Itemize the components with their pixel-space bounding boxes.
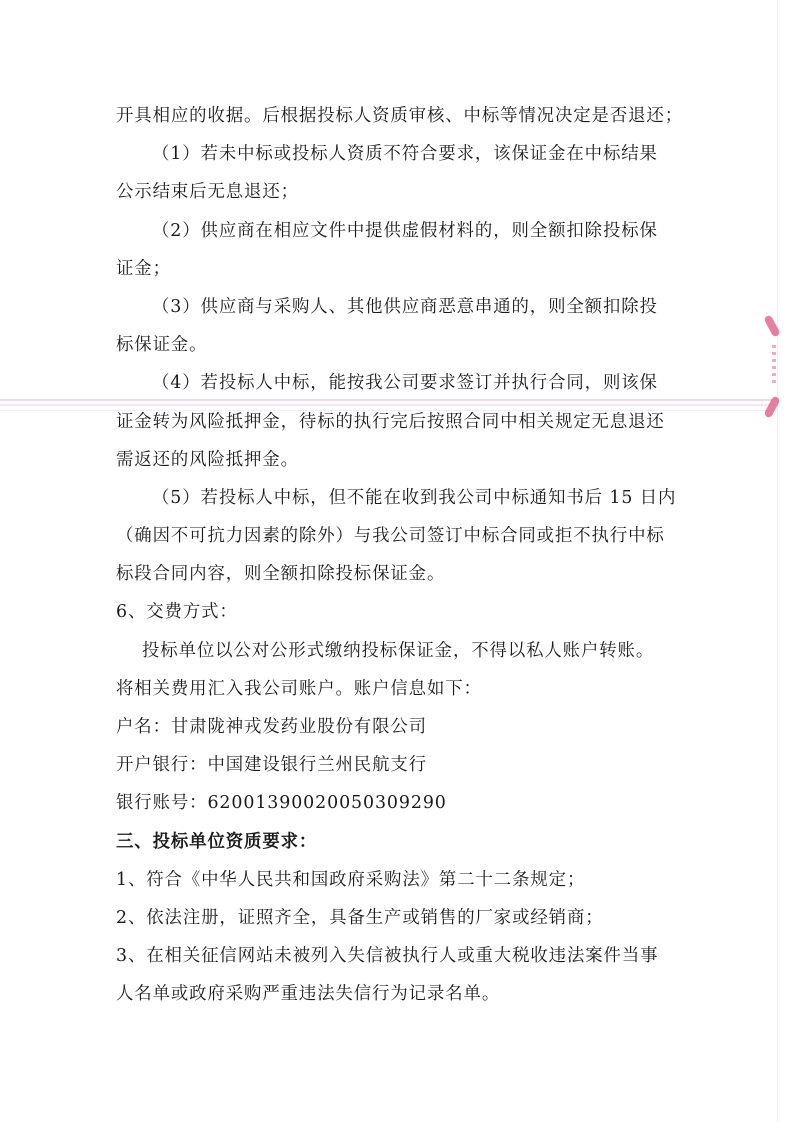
text-line: 需返还的风险抵押金。: [116, 446, 672, 484]
account-number-value: 62001390020050309290: [207, 793, 446, 813]
text-line: 人名单或政府采购严重违法失信行为记录名单。: [116, 980, 672, 1018]
paper-edge-line: [777, 0, 778, 1122]
text-line: 证金转为风险抵押金，待标的执行完后按照合同中相关规定无息退还: [116, 408, 672, 446]
account-number-label: 银行账号：: [116, 793, 207, 813]
deposit-rule-4: （4）若投标人中标，能按我公司要求签订并执行合同，则该保: [116, 369, 672, 407]
qualification-item-1: 1、符合《中华人民共和国政府采购法》第二十二条规定；: [116, 866, 672, 904]
text-line: 标保证金。: [116, 331, 672, 369]
deposit-rule-5: （5）若投标人中标，但不能在收到我公司中标通知书后 15 日内: [116, 484, 672, 522]
text-line: 公示结束后无息退还；: [116, 178, 672, 216]
qualification-item-3: 3、在相关征信网站未被列入失信被执行人或重大税收违法案件当事: [116, 942, 672, 980]
text-line: 将相关费用汇入我公司账户。账户信息如下：: [116, 675, 672, 713]
seal-stamp-fragment: [772, 345, 776, 385]
payment-instruction: 投标单位以公对公形式缴纳投标保证金，不得以私人账户转账。: [116, 637, 672, 675]
deposit-rule-3: （3）供应商与采购人、其他供应商恶意串通的，则全额扣除投: [116, 293, 672, 331]
account-name-value: 甘肃陇神戎发药业股份有限公司: [171, 717, 427, 737]
text-line: 标段合同内容，则全额扣除投标保证金。: [116, 560, 672, 598]
account-name: 户名：甘肃陇神戎发药业股份有限公司: [116, 713, 672, 751]
text-line: 开具相应的收据。后根据投标人资质审核、中标等情况决定是否退还；: [116, 102, 672, 140]
deposit-rule-1: （1）若未中标或投标人资质不符合要求，该保证金在中标结果: [116, 140, 672, 178]
account-bank-label: 开户银行：: [116, 755, 207, 775]
account-bank: 开户银行：中国建设银行兰州民航支行: [116, 751, 672, 789]
document-page: 开具相应的收据。后根据投标人资质审核、中标等情况决定是否退还； （1）若未中标或…: [0, 0, 793, 1122]
section-heading-qualifications: 三、投标单位资质要求：: [116, 828, 672, 866]
seal-stamp-fragment: [763, 314, 780, 337]
text-line: 证金；: [116, 255, 672, 293]
qualification-item-2: 2、依法注册，证照齐全，具备生产或销售的厂家或经销商；: [116, 904, 672, 942]
deposit-rule-2: （2）供应商在相应文件中提供虚假材料的，则全额扣除投标保: [116, 217, 672, 255]
section-heading-payment: 6、交费方式：: [116, 598, 672, 636]
account-name-label: 户名：: [116, 717, 171, 737]
document-body: 开具相应的收据。后根据投标人资质审核、中标等情况决定是否退还； （1）若未中标或…: [116, 102, 672, 1019]
account-number: 银行账号：62001390020050309290: [116, 789, 672, 827]
text-line: （确因不可抗力因素的除外）与我公司签订中标合同或拒不执行中标: [116, 522, 672, 560]
account-bank-value: 中国建设银行兰州民航支行: [207, 755, 427, 775]
